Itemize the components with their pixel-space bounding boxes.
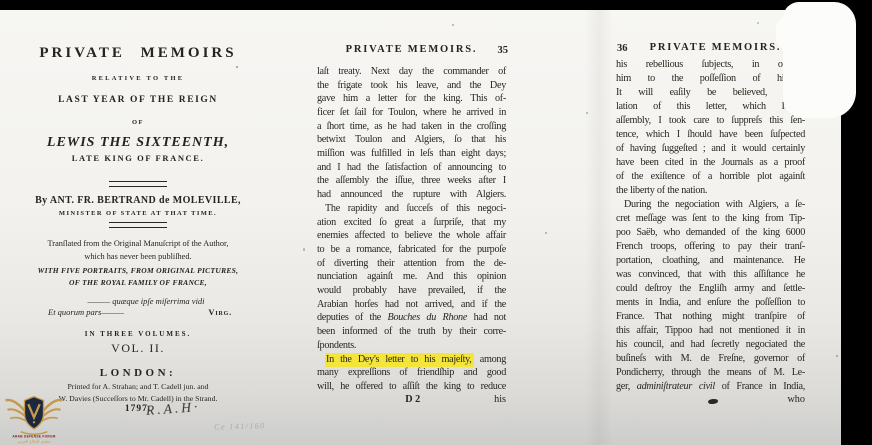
portraits-note-line: WITH FIVE PORTRAITS, FROM ORIGINAL PICTU… xyxy=(22,267,254,275)
king-name: LEWIS THE SIXTEENTH, xyxy=(22,135,254,150)
pencil-inscription: Ce 141/160 xyxy=(214,420,266,431)
body-line: to be a romance, fabricated for the purp… xyxy=(317,243,506,257)
body-text: among xyxy=(474,354,506,365)
ink-blot-icon xyxy=(708,398,718,404)
page-36: 36 PRIVATE MEMOIRS. his rebellious ſubje… xyxy=(616,42,805,406)
epigraph-attribution: Virg. xyxy=(208,308,232,317)
body-line: been informed of the truth by their corr… xyxy=(317,325,506,339)
author-byline: By ANT. FR. BERTRAND de MOLEVILLE, xyxy=(22,195,254,206)
signature-mark: D 2 xyxy=(405,394,420,405)
body-line: the aſſembly the iſſue, three weeks afte… xyxy=(317,174,506,188)
translation-note-line: which has never been publiſhed. xyxy=(22,252,254,261)
page-header: PRIVATE MEMOIRS. 35 xyxy=(317,44,506,57)
book-scan: PRIVATE MEMOIRS RELATIVE TO THE LAST YEA… xyxy=(0,0,872,445)
body-line: French troops, offering to pay their tra… xyxy=(616,240,805,254)
body-line: his council, and had ſecretly negociated… xyxy=(616,338,805,352)
body-line: of the exiſtence of a horrible plot agai… xyxy=(616,170,805,184)
body-line: laſt treaty. Next day the commander of xyxy=(317,65,506,79)
body-line: this affair, Tippoo had not mentioned it… xyxy=(616,324,805,338)
body-text: deputies of the xyxy=(317,312,388,323)
scan-top-border xyxy=(0,0,872,10)
body-line: portation, cloathing, and maintenance. H… xyxy=(616,254,805,268)
page-number: 36 xyxy=(617,43,628,54)
subtitle-reign: LAST YEAR OF THE REIGN xyxy=(22,95,254,105)
scan-corner-notch xyxy=(776,16,800,50)
translation-note-line: Tranſlated from the Original Manuſcript … xyxy=(22,239,254,248)
imprint-city: LONDON: xyxy=(22,367,254,379)
body-text: of France in India, xyxy=(715,381,805,392)
body-line: a ſhort time, as he had taken in the cro… xyxy=(317,120,506,134)
epigraph-line: ——— quæque ipſe miſerrima vidi xyxy=(22,297,254,306)
subtitle-of: OF xyxy=(22,119,254,126)
body-line: ſpondents. xyxy=(317,339,506,353)
portraits-note-line: OF THE ROYAL FAMILY OF FRANCE, xyxy=(22,279,254,287)
body-line: have been cited in the Journals as a pro… xyxy=(616,156,805,170)
ornamental-rule xyxy=(109,181,167,187)
body-line: enemies affected to believe the whole af… xyxy=(317,229,506,243)
volume-number: VOL. II. xyxy=(22,342,254,354)
page-35: PRIVATE MEMOIRS. 35 laſt treaty. Next da… xyxy=(317,44,506,406)
body-text: ger, xyxy=(616,381,637,392)
body-line: would probably have prevailed, if the xyxy=(317,284,506,298)
highlight-annotation: In the Dey's letter to his majeſty, xyxy=(325,353,474,367)
body-line: The rapidity and ſucceſs of this negoci- xyxy=(317,202,506,216)
ink-speck xyxy=(545,232,547,234)
body-line: many expreſſions of friendſhip and good xyxy=(317,366,506,380)
ink-speck xyxy=(757,22,759,24)
ink-speck xyxy=(236,66,238,68)
italic-text: adminiſtrateur civil xyxy=(637,381,715,392)
body-line: of having ſuggeſted ; and it would certa… xyxy=(616,142,805,156)
title-page: PRIVATE MEMOIRS RELATIVE TO THE LAST YEA… xyxy=(22,40,254,414)
catchword-row: who xyxy=(616,394,805,406)
body-text: had not xyxy=(467,312,506,323)
handwritten-initials: R.A.H· xyxy=(146,399,201,419)
ink-speck xyxy=(303,248,305,251)
body-line: Pondicherry, through the means of M. Le- xyxy=(616,366,805,380)
body-line: ments in India, and enſure the poſſeſſio… xyxy=(616,296,805,310)
page-body: laſt treaty. Next day the commander of t… xyxy=(317,65,506,394)
body-line: poo Saëb, who demanded of the king 6000 xyxy=(616,226,805,240)
body-line: ation excited ſo great a ſurpriſe, that … xyxy=(317,216,506,230)
volumes-note: IN THREE VOLUMES. xyxy=(22,331,254,339)
body-line: will, he offered to aſſiſt the king to r… xyxy=(317,380,506,394)
body-line: was convinced, that with this aſſiſtance… xyxy=(616,268,805,282)
shield-dot xyxy=(33,421,35,423)
ink-speck xyxy=(836,355,838,357)
catchword: his xyxy=(494,394,506,405)
body-line: and I had the ſatisfaction of announcing… xyxy=(317,161,506,175)
body-line: had announced the rupture with Algiers. xyxy=(317,188,506,202)
body-line: gave him a letter for the king. This of- xyxy=(317,92,506,106)
subtitle-relative: RELATIVE TO THE xyxy=(22,75,254,82)
body-line: aſſembly, I took care to ſuppreſs this ſ… xyxy=(616,114,805,128)
body-line: of diverting their attention from the de… xyxy=(317,257,506,271)
body-line: ger, adminiſtrateur civil of France in I… xyxy=(616,380,805,394)
body-line: miſſion was fulfilled in leſs than eight… xyxy=(317,147,506,161)
ink-speck xyxy=(586,112,588,114)
watermark-arabic: منتدى الدفاع العربي xyxy=(18,439,51,444)
page-gutter-shadow xyxy=(585,10,613,445)
epigraph-line: Et quorum pars——— Virg. xyxy=(22,308,254,317)
watermark-logo: ARAB DEFENSE FORUM منتدى الدفاع العربي xyxy=(3,390,65,445)
body-line: the frigate took his leave, and the Dey xyxy=(317,79,506,93)
ink-speck xyxy=(452,24,454,26)
page-number: 35 xyxy=(498,45,509,56)
italic-text: Bouches du Rhone xyxy=(388,312,468,323)
body-line: During the negociation with Algiers, a ſ… xyxy=(616,198,805,212)
body-line: could deſtroy the Engliſh army and ſettl… xyxy=(616,282,805,296)
author-role: MINISTER OF STATE AT THAT TIME. xyxy=(22,210,254,217)
ornamental-rule xyxy=(109,222,167,228)
body-line: deputies of the Bouches du Rhone had not xyxy=(317,311,506,325)
shield-icon xyxy=(25,397,44,429)
body-line: cret meſſage was ſent to the king from T… xyxy=(616,212,805,226)
epigraph-text: Et quorum pars——— xyxy=(48,308,124,317)
page-body: his rebellious ſubjects, in order to re … xyxy=(616,58,805,394)
body-line: tence, which I ſhould have been ſuſpecte… xyxy=(616,128,805,142)
body-line: Arabian horſes had not arrived, and if t… xyxy=(317,298,506,312)
body-line: betwixt Toulon and Algiers, ſo that his xyxy=(317,133,506,147)
body-line: buſineſs with M. de Freſne, governor of xyxy=(616,352,805,366)
catchword: who xyxy=(787,394,805,405)
body-line: nunciation againſt me. And this opinion xyxy=(317,270,506,284)
body-line: In the Dey's letter to his majeſty, amon… xyxy=(317,353,506,367)
body-line: ficer ſet ſail for Toulon, where he arri… xyxy=(317,106,506,120)
book-title: PRIVATE MEMOIRS xyxy=(22,46,254,61)
signature-row: D 2 his xyxy=(317,394,506,406)
running-title: PRIVATE MEMOIRS. xyxy=(317,44,506,55)
body-line: the liberty of the nation. xyxy=(616,184,805,198)
body-line: France. That nothing might tranſpire of xyxy=(616,310,805,324)
king-subtitle: LATE KING OF FRANCE. xyxy=(22,154,254,163)
